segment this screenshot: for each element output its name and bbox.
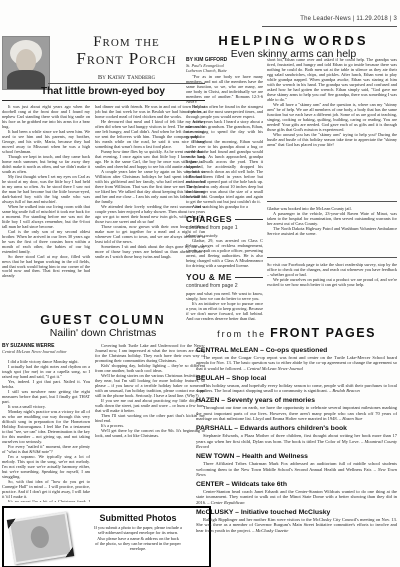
charges-right-column: Gladue was booked into the McLean County… [267,206,397,253]
you-and-me-header-rule [235,277,263,278]
item-title: PARSHALL – Edwards authors children's bo… [196,425,397,432]
front-pages-heading: from the FRONT PAGES [196,324,397,342]
item-body: Three Affiliated Tribes Chairman Mark Fo… [196,461,397,477]
item-body: Stephanie Edwards, a Plaza Mother of thr… [196,433,397,449]
item-title: BEULAH – Shop local [196,375,397,382]
item-text: Throughout our time on earth, we have th… [196,405,397,421]
guest-column-title: GUEST COLUMN [0,313,206,327]
charges-body: taken into custody.Gladue, 29, was arres… [186,233,263,275]
charges-title: CHARGES [186,214,232,224]
charges-continued-block: CHARGES continued from page 1 taken into… [186,214,263,275]
front-pages-item-center: CENTER – Wildcats take 6th Center-Stanto… [196,481,397,505]
item-source: – McClusky Gazette [252,528,288,533]
helping-words-title: HELPING WORDS [190,33,397,48]
you-and-me-continued-label: continued from page 2 [186,283,263,289]
front-porch-headline: That little brown-eyed boy [0,86,206,97]
submitted-photos-box: Submitted Photos If you submit a photo t… [2,506,211,567]
item-body: Raleigh Ripplinger and her mother Kim we… [196,517,397,533]
item-title: CENTER – Wildcats take 6th [196,481,397,488]
front-pages-section: from the FRONT PAGES CENTRAL McLEAN – Co… [196,324,397,537]
front-porch-byline: By Kathy Tandberg [48,74,205,81]
helping-words-column-2: short bit, Ethan came over and asked if … [267,57,397,197]
columnist-photo [2,36,50,90]
charges-header-rule [235,219,263,220]
front-pages-item-parshall: PARSHALL – Edwards authors children's bo… [196,425,397,449]
story-divider-2 [267,257,397,258]
helping-words-org: St. Paul's Evangelical Lutheran Church, … [186,63,227,73]
item-text: Three Affiliated Tribes Chairman Mark Fo… [196,461,397,471]
guest-column-subtitle: Nailin' down Christmas [0,327,206,339]
guest-column-column-1: I did a little victory dance Monday nigh… [2,359,90,502]
guest-column-role: Central McLean News-Journal editor [2,349,90,354]
helping-words-column-1: "For as in one body we have many members… [186,74,263,212]
story-divider-1 [267,201,397,202]
submitted-photos-text: If you submit a photo to the paper, plea… [72,525,204,552]
item-body: Center-Stanton head coach Janet Erhardt … [196,489,397,505]
you-and-me-title: YOU & ME [186,272,232,282]
item-source: – Hazen Star [339,416,363,421]
front-pages-item-hazen: HAZEN – Seventy years of memories Throug… [196,397,397,421]
front-pages-item-mcclusky: McCLUSKY – Initiative touched McClusky R… [196,509,397,533]
you-and-me-header: YOU & ME [186,272,263,282]
item-body: Throughout our time on earth, we have th… [196,405,397,421]
item-title: CENTRAL McLEAN – Co-ops questioned [196,347,397,354]
item-source: – Central McLean News-Journal [244,366,303,371]
guest-column-column-2: Covering both Turtle Lake and Underwood … [95,343,205,502]
front-pages-main-title: FRONT PAGES [270,326,376,340]
item-body: This holiday season, and hopefully every… [196,383,397,394]
submitted-photos-title: Submitted Photos [72,513,204,523]
item-title: NEW TOWN – Health and Wellness [196,453,397,460]
header-divider [262,26,397,27]
item-title: HAZEN – Seventy years of memories [196,397,397,404]
sample-photo [8,512,73,565]
masthead-line2: Front Porch [48,50,205,68]
item-text: Raleigh Ripplinger and her mother Kim we… [196,517,397,533]
sp-line5: envelope. [72,546,204,551]
photo-subject [29,525,50,550]
front-pages-item-new-town: NEW TOWN – Health and Wellness Three Aff… [196,453,397,477]
front-porch-column-1: It was just about eight years ago when t… [2,104,90,307]
masthead-line1: From the [48,35,205,50]
page-header: The Leader-News | 11.29.2018 | 3 [300,16,397,22]
you-and-me-right-column: So visit our Facebook page to take the s… [267,262,397,318]
item-source: – Beulah Beacon [329,388,360,393]
charges-header: CHARGES [186,214,263,224]
front-pages-prefix: from the [217,329,266,339]
item-text: This holiday season, and hopefully every… [196,383,397,393]
item-title: McCLUSKY – Initiative touched McClusky [196,509,397,516]
byline-rule [48,83,205,84]
charges-continued-label: continued from page 1 [186,225,263,231]
item-body: The report on the Cougar Co-op report wa… [196,355,397,371]
org-line2: Lutheran Church, Butte [186,68,227,73]
item-source: – Center Republican [207,500,244,505]
newspaper-page: The Leader-News | 11.29.2018 | 3 From th… [0,0,400,567]
headline-rule [2,100,205,101]
front-porch-masthead: From the Front Porch [48,35,205,68]
front-pages-item-beulah: BEULAH – Shop local This holiday season,… [196,375,397,394]
front-pages-item-central-mclean: CENTRAL McLEAN – Co-ops questioned The r… [196,347,397,371]
